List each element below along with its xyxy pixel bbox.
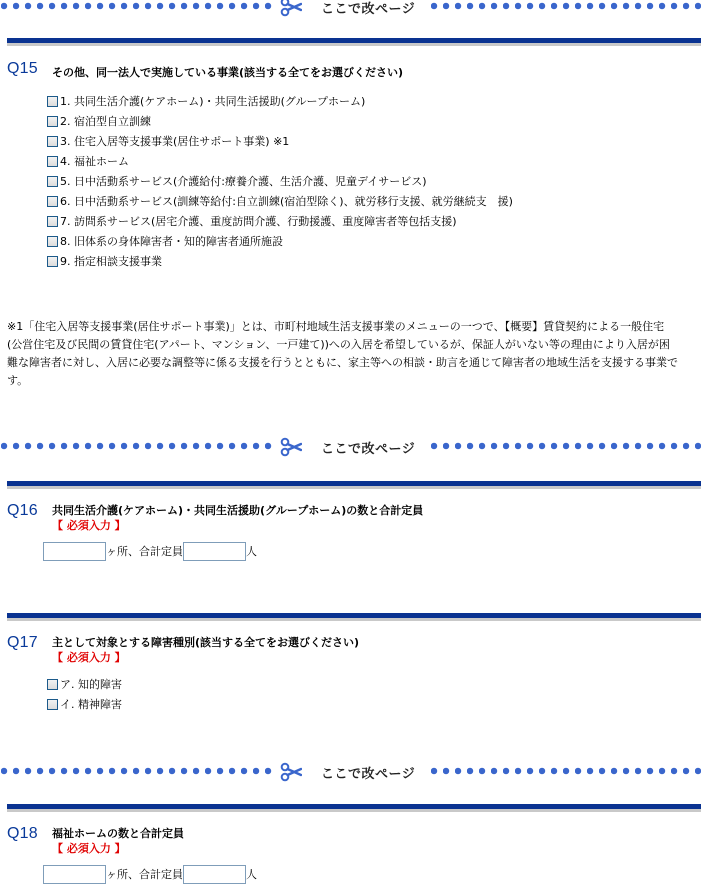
section-header-bar bbox=[7, 481, 701, 486]
footnote-line: (公営住宅及び民間の賃貸住宅(アパート、マンション、一戸建て))への入居を希望し… bbox=[7, 336, 697, 354]
option-label: ア. 知的障害 bbox=[60, 676, 122, 692]
option-label: 2. 宿泊型自立訓練 bbox=[60, 113, 151, 129]
option-label: 1. 共同生活介護(ケアホーム)・共同生活援助(グループホーム) bbox=[60, 93, 365, 109]
dotted-line-left bbox=[1, 442, 277, 450]
option-label: 5. 日中活動系サービス(介護給付:療養介護、生活介護、児童デイサービス) bbox=[60, 173, 427, 189]
page-break-label: ここで改ページ bbox=[321, 0, 415, 17]
dotted-line-left bbox=[1, 767, 277, 775]
checkbox[interactable] bbox=[47, 156, 58, 167]
total-capacity-input[interactable] bbox=[183, 542, 246, 561]
footnote: ※1「住宅入居等支援事業(居住サポート事業)」とは、市町村地域生活支援事業のメニ… bbox=[7, 318, 697, 390]
checkbox[interactable] bbox=[47, 96, 58, 107]
option-label: 6. 日中活動系サービス(訓練等給付:自立訓練(宿泊型除く)、就労移行支援、就労… bbox=[60, 193, 513, 209]
section-header-bar bbox=[7, 804, 701, 809]
question-title: その他、同一法人で実施している事業(該当する全てをお選びください) bbox=[52, 64, 403, 80]
page-break-label: ここで改ページ bbox=[321, 763, 415, 782]
q15-option-8[interactable]: 8. 旧体系の身体障害者・知的障害者通所施設 bbox=[47, 233, 283, 249]
q15-option-9[interactable]: 9. 指定相談支援事業 bbox=[47, 253, 162, 269]
option-label: 8. 旧体系の身体障害者・知的障害者通所施設 bbox=[60, 233, 283, 249]
option-label: 7. 訪問系サービス(居宅介護、重度訪問介護、行動援護、重度障害者等包括支援) bbox=[60, 213, 457, 229]
section-header-bar bbox=[7, 613, 701, 618]
checkbox[interactable] bbox=[47, 256, 58, 267]
q15-option-2[interactable]: 2. 宿泊型自立訓練 bbox=[47, 113, 151, 129]
dotted-line-right bbox=[431, 2, 701, 10]
count-unit-label: ヶ所、合計定員 bbox=[106, 543, 183, 559]
dotted-line-right bbox=[431, 767, 701, 775]
checkbox[interactable] bbox=[47, 116, 58, 127]
checkbox[interactable] bbox=[47, 196, 58, 207]
option-label: 4. 福祉ホーム bbox=[60, 153, 129, 169]
question-number: Q16 bbox=[7, 502, 38, 520]
q18-input-row: ヶ所、合計定員 人 bbox=[43, 864, 257, 884]
dotted-line-right bbox=[431, 442, 701, 450]
capacity-unit-label: 人 bbox=[246, 543, 257, 559]
q15-option-6[interactable]: 6. 日中活動系サービス(訓練等給付:自立訓練(宿泊型除く)、就労移行支援、就労… bbox=[47, 193, 513, 209]
q17-option-a[interactable]: ア. 知的障害 bbox=[47, 676, 122, 692]
footnote-line: 難な障害者に対し、入居に必要な調整等に係る支援を行うとともに、家主等への相談・助… bbox=[7, 354, 697, 372]
count-unit-label: ヶ所、合計定員 bbox=[106, 866, 183, 882]
option-label: 9. 指定相談支援事業 bbox=[60, 253, 162, 269]
required-label: 【 必須入力 】 bbox=[52, 649, 126, 665]
checkbox[interactable] bbox=[47, 136, 58, 147]
option-label: 3. 住宅入居等支援事業(居住サポート事業) ※1 bbox=[60, 133, 289, 149]
dotted-line-left bbox=[1, 2, 277, 10]
checkbox[interactable] bbox=[47, 216, 58, 227]
footnote-line: す。 bbox=[7, 372, 697, 390]
question-number: Q15 bbox=[7, 60, 38, 78]
question-number: Q17 bbox=[7, 634, 38, 652]
total-capacity-input[interactable] bbox=[183, 865, 246, 884]
checkbox[interactable] bbox=[47, 236, 58, 247]
question-title: 共同生活介護(ケアホーム)・共同生活援助(グループホーム)の数と合計定員 bbox=[52, 502, 423, 518]
facility-count-input[interactable] bbox=[43, 542, 106, 561]
capacity-unit-label: 人 bbox=[246, 866, 257, 882]
checkbox[interactable] bbox=[47, 699, 58, 710]
footnote-line: ※1「住宅入居等支援事業(居住サポート事業)」とは、市町村地域生活支援事業のメニ… bbox=[7, 318, 697, 336]
page-break-divider: ここで改ページ bbox=[0, 765, 701, 781]
checkbox[interactable] bbox=[47, 176, 58, 187]
required-label: 【 必須入力 】 bbox=[52, 517, 126, 533]
facility-count-input[interactable] bbox=[43, 865, 106, 884]
q15-option-7[interactable]: 7. 訪問系サービス(居宅介護、重度訪問介護、行動援護、重度障害者等包括支援) bbox=[47, 213, 457, 229]
q17-option-i[interactable]: イ. 精神障害 bbox=[47, 696, 122, 712]
option-label: イ. 精神障害 bbox=[60, 696, 122, 712]
q15-option-4[interactable]: 4. 福祉ホーム bbox=[47, 153, 129, 169]
page-break-divider: ここで改ページ bbox=[0, 440, 701, 456]
q15-option-5[interactable]: 5. 日中活動系サービス(介護給付:療養介護、生活介護、児童デイサービス) bbox=[47, 173, 427, 189]
section-header-bar bbox=[7, 38, 701, 43]
question-number: Q18 bbox=[7, 825, 38, 843]
q15-option-3[interactable]: 3. 住宅入居等支援事業(居住サポート事業) ※1 bbox=[47, 133, 289, 149]
required-label: 【 必須入力 】 bbox=[52, 840, 126, 856]
page-break-divider: ここで改ページ bbox=[0, 0, 701, 16]
scissors-icon bbox=[280, 0, 302, 17]
q16-input-row: ヶ所、合計定員 人 bbox=[43, 541, 257, 561]
scissors-icon bbox=[280, 437, 302, 457]
question-title: 福祉ホームの数と合計定員 bbox=[52, 825, 184, 841]
question-title: 主として対象とする障害種別(該当する全てをお選びください) bbox=[52, 634, 359, 650]
scissors-icon bbox=[280, 762, 302, 782]
q15-option-1[interactable]: 1. 共同生活介護(ケアホーム)・共同生活援助(グループホーム) bbox=[47, 93, 365, 109]
page-break-label: ここで改ページ bbox=[321, 438, 415, 457]
checkbox[interactable] bbox=[47, 679, 58, 690]
